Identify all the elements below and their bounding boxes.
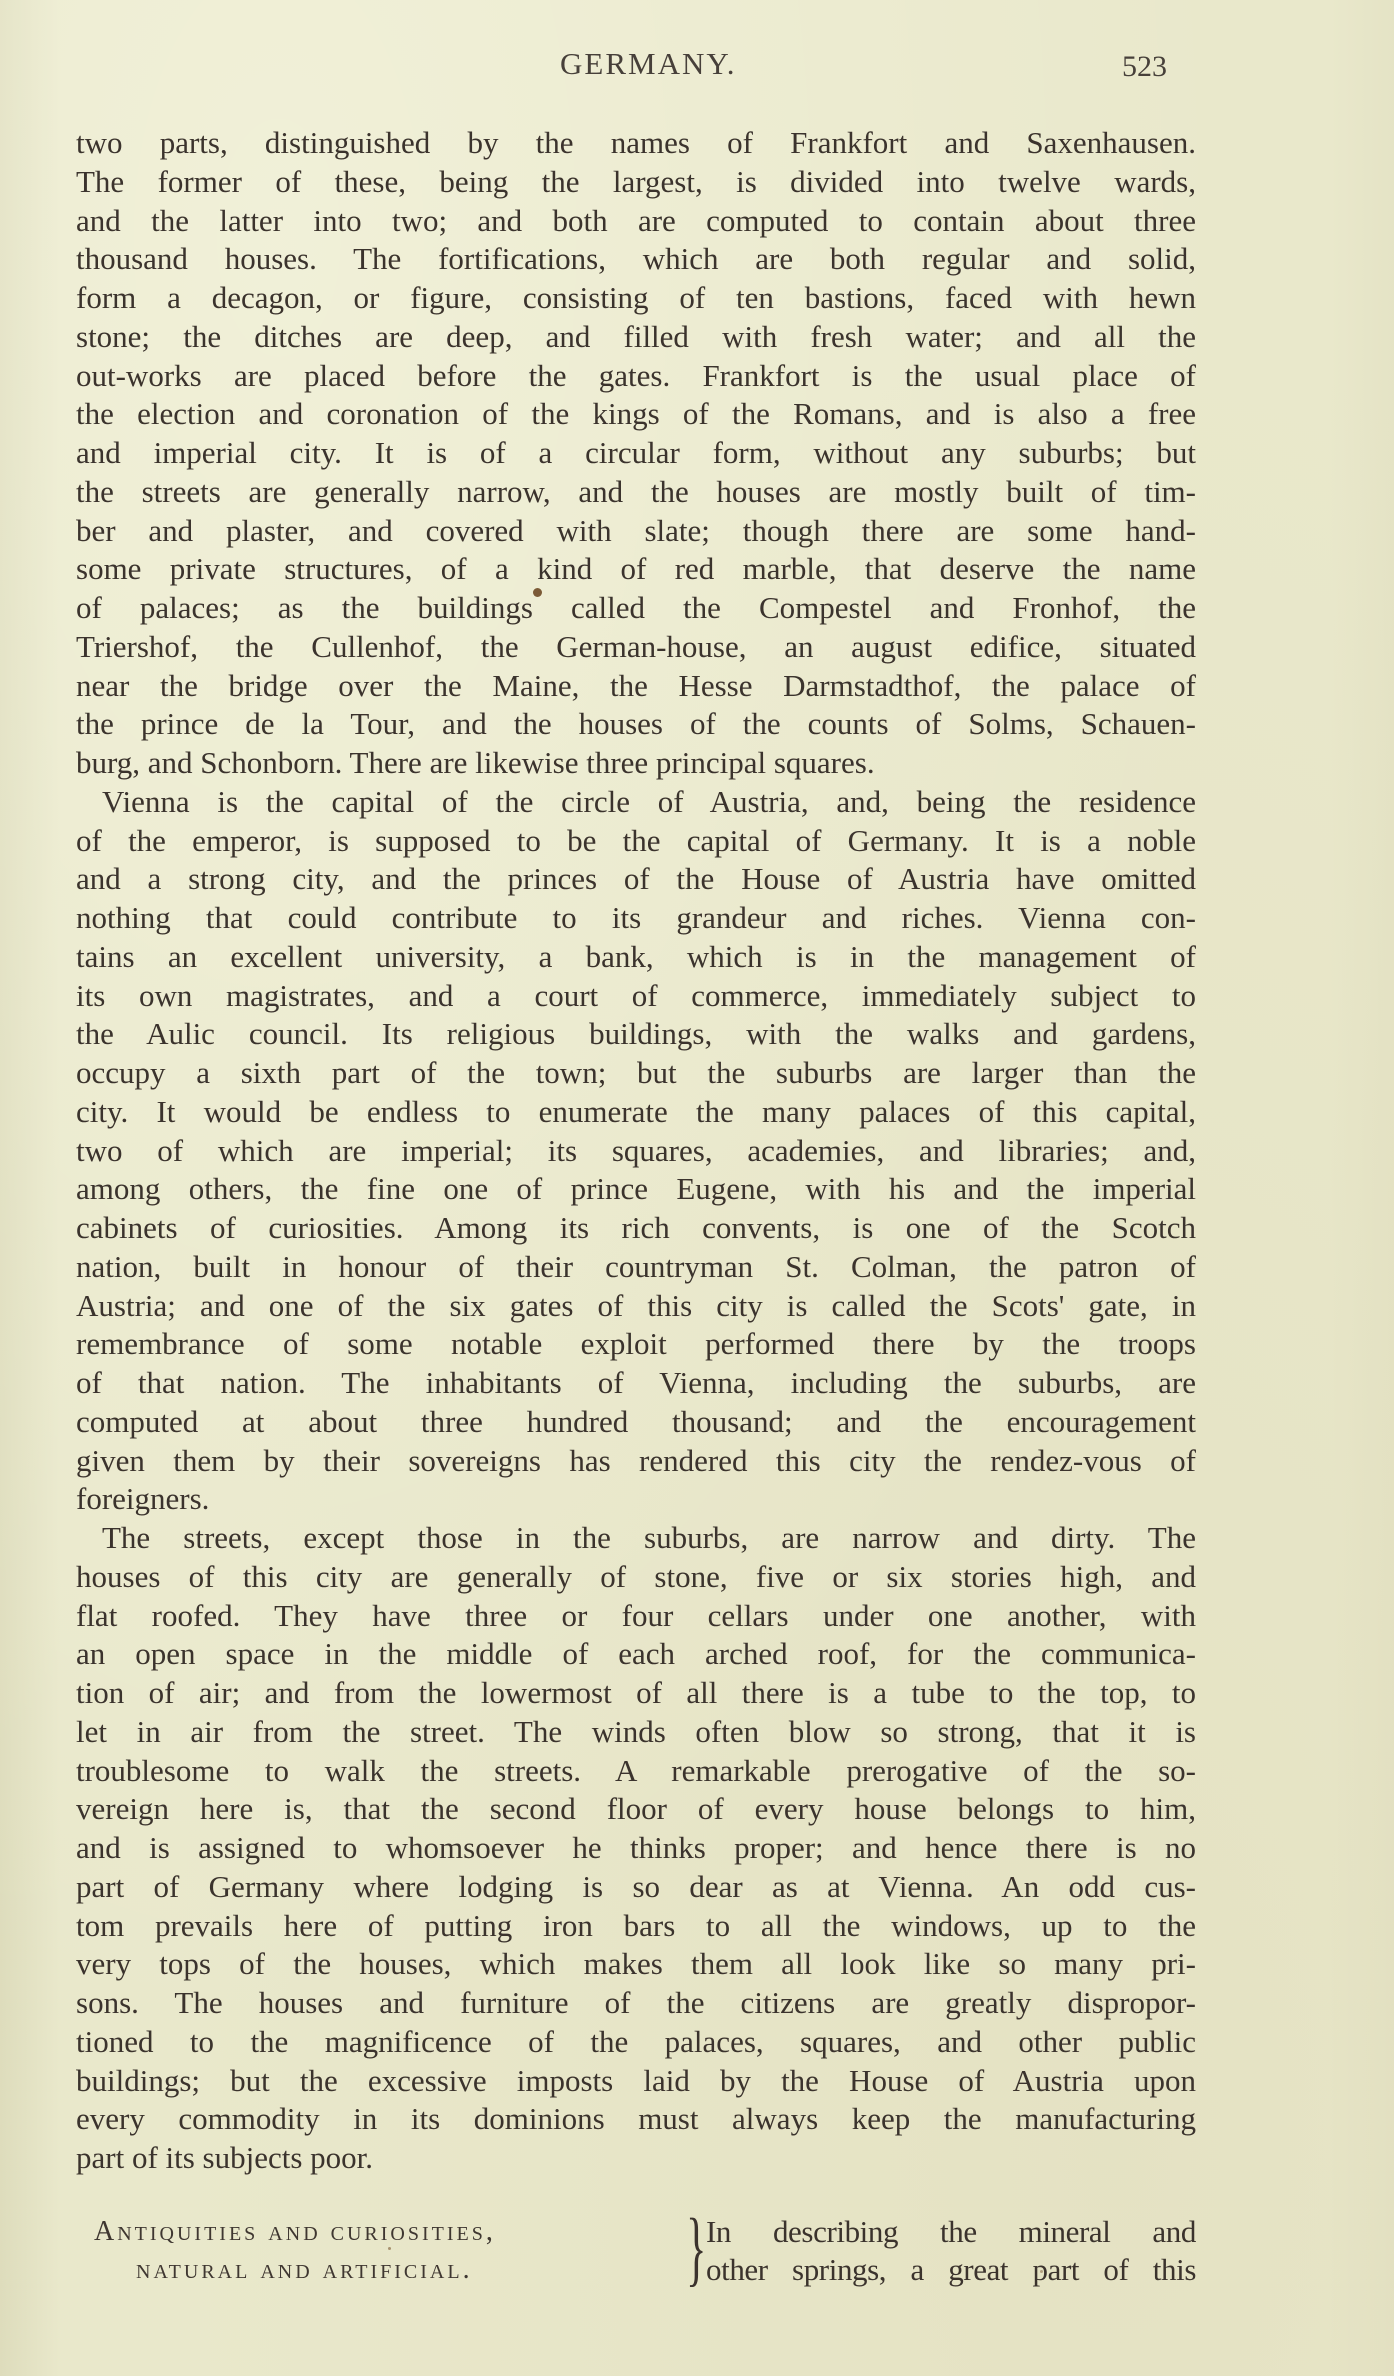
text-line: form a decagon, or figure, consisting of… [76,279,1196,318]
text-line: Austria; and one of the six gates of thi… [76,1287,1196,1326]
text-line: some private structures, of a kind of re… [76,550,1196,589]
text-line: and imperial city. It is of a circular f… [76,434,1196,473]
section-heading-line-2: natural and artificial. [76,2251,676,2289]
text-line: and is assigned to whomsoever he thinks … [76,1829,1196,1868]
section-heading: Antiquities and curiosities, natural and… [76,2213,676,2289]
text-line: two parts, distinguished by the names of… [76,124,1196,163]
text-line: vereign here is, that the second floor o… [76,1790,1196,1829]
text-line: The former of these, being the largest, … [76,163,1196,202]
text-line: the election and coronation of the kings… [76,395,1196,434]
text-line: flat roofed. They have three or four cel… [76,1597,1196,1636]
text-line: troublesome to walk the streets. A remar… [76,1752,1196,1791]
text-line: buildings; but the excessive imposts lai… [76,2062,1196,2101]
body-text: two parts, distinguished by the names of… [76,124,1196,2178]
text-line: tioned to the magnificence of the palace… [76,2023,1196,2062]
text-line: the Aulic council. Its religious buildin… [76,1015,1196,1054]
text-line: occupy a sixth part of the town; but the… [76,1054,1196,1093]
text-line: the prince de la Tour, and the houses of… [76,705,1196,744]
text-line: of the emperor, is supposed to be the ca… [76,822,1196,861]
text-line: and a strong city, and the princes of th… [76,860,1196,899]
text-line: Vienna is the capital of the circle of A… [76,783,1196,822]
text-line: the streets are generally narrow, and th… [76,473,1196,512]
text-line: given them by their sovereigns has rende… [76,1442,1196,1481]
text-line: The streets, except those in the suburbs… [76,1519,1196,1558]
text-line: very tops of the houses, which makes the… [76,1945,1196,1984]
text-line: Triershof, the Cullenhof, the German-hou… [76,628,1196,667]
text-line: out-works are placed before the gates. F… [76,357,1196,396]
page-number: 523 [1122,50,1167,84]
brace-glyph: } [686,2209,706,2289]
text-line: an open space in the middle of each arch… [76,1635,1196,1674]
text-line: among others, the fine one of prince Eug… [76,1170,1196,1209]
text-line: ber and plaster, and covered with slate;… [76,512,1196,551]
running-head-title: GERMANY. [560,46,736,82]
text-line: and the latter into two; and both are co… [76,202,1196,241]
text-line: every commodity in its dominions must al… [76,2100,1196,2139]
text-line: sons. The houses and furniture of the ci… [76,1984,1196,2023]
text-line: its own magistrates, and a court of comm… [76,977,1196,1016]
text-line: burg, and Schonborn. There are likewise … [76,744,1196,783]
text-line: tion of air; and from the lowermost of a… [76,1674,1196,1713]
text-line: computed at about three hundred thousand… [76,1403,1196,1442]
text-line: remembrance of some notable exploit perf… [76,1325,1196,1364]
text-line: foreigners. [76,1480,1196,1519]
text-line: of that nation. The inhabitants of Vienn… [76,1364,1196,1403]
text-line: near the bridge over the Maine, the Hess… [76,667,1196,706]
book-page: GERMANY. 523 two parts, distinguished by… [0,0,1394,2376]
section-body-line-1: In describing the mineral and [706,2213,1196,2251]
text-line: nothing that could contribute to its gra… [76,899,1196,938]
text-line: tom prevails here of putting iron bars t… [76,1907,1196,1946]
section-start: Antiquities and curiosities, natural and… [76,2213,1196,2293]
text-line: let in air from the street. The winds of… [76,1713,1196,1752]
text-line: part of Germany where lodging is so dear… [76,1868,1196,1907]
paper-speck [1040,2270,1043,2273]
text-line: stone; the ditches are deep, and filled … [76,318,1196,357]
running-head: GERMANY. 523 [0,46,1394,86]
section-heading-line-1: Antiquities and curiosities, [76,2213,676,2251]
paper-speck [533,588,542,597]
text-line: tains an excellent university, a bank, w… [76,938,1196,977]
text-line: cabinets of curiosities. Among its rich … [76,1209,1196,1248]
text-line: city. It would be endless to enumerate t… [76,1093,1196,1132]
section-body: In describing the mineral and other spri… [706,2213,1196,2289]
text-line: part of its subjects poor. [76,2139,1196,2178]
text-line: two of which are imperial; its squares, … [76,1132,1196,1171]
text-line: houses of this city are generally of sto… [76,1558,1196,1597]
text-line: nation, built in honour of their country… [76,1248,1196,1287]
section-body-line-2: other springs, a great part of this [706,2251,1196,2289]
text-line: thousand houses. The fortifications, whi… [76,240,1196,279]
paper-speck [388,2247,391,2250]
text-line: of palaces; as the buildings called the … [76,589,1196,628]
